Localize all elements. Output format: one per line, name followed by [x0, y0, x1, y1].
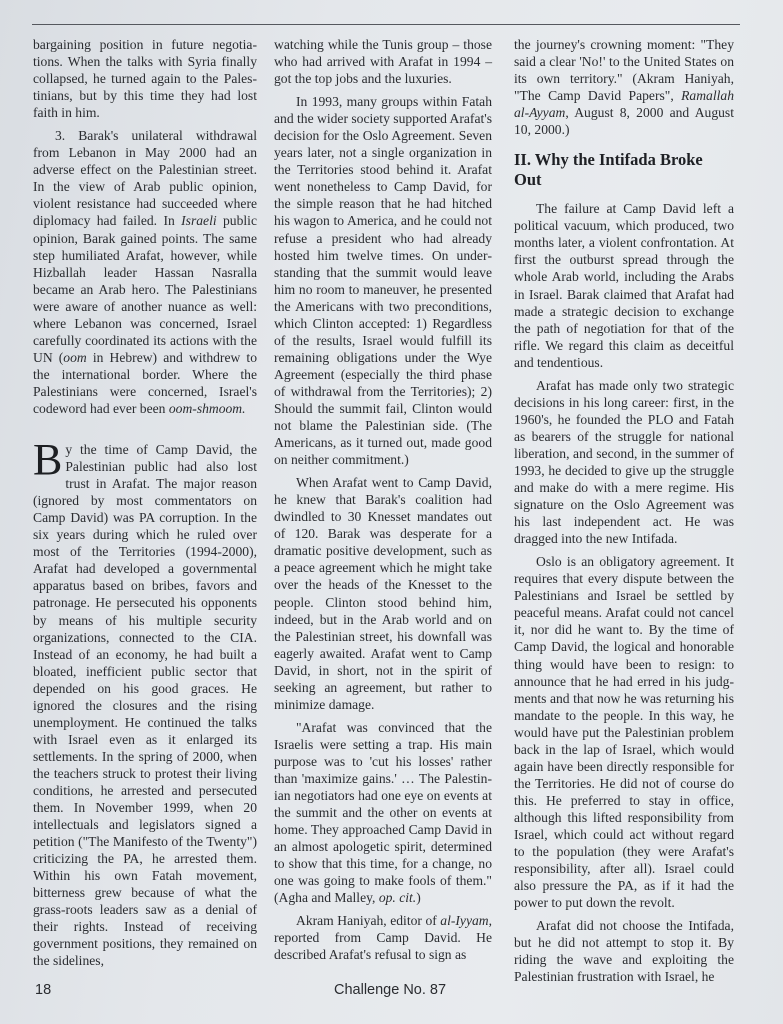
paragraph: watching while the Tunis group – those w…: [274, 36, 492, 87]
italic-term: al-Iyyam: [440, 913, 488, 928]
paragraph-text: Arafat has made only two strategic decis…: [514, 378, 734, 546]
paragraph-text: watching while the Tunis group – those w…: [274, 37, 492, 86]
column-left: bargaining position in future negotia­ti…: [33, 36, 257, 975]
column-right: the journey's crowning moment: "They sai…: [514, 36, 734, 991]
paragraph-text: When Arafat went to Camp David, he knew …: [274, 475, 492, 712]
paragraph-text: Oslo is an obligatory agreement. It requ…: [514, 554, 734, 910]
section-heading: II. Why the Intifada Broke Out: [514, 150, 734, 190]
paragraph-text: In 1993, many groups within Fatah and th…: [274, 94, 492, 467]
paragraph: the journey's crowning moment: "They sai…: [514, 36, 734, 138]
paragraph: bargaining position in future negotia­ti…: [33, 36, 257, 121]
page-number: 18: [35, 982, 51, 998]
paragraph: 3. Barak's unilateral withdrawal from Le…: [33, 127, 257, 417]
paragraph-text: y the time of Camp David, the Palestinia…: [33, 442, 257, 968]
italic-term: op. cit.: [379, 890, 416, 905]
paragraph-text: Arafat did not choose the Intifada, but …: [514, 918, 734, 984]
italic-term: oom-shmoom.: [169, 401, 246, 416]
italic-term: oom: [63, 350, 86, 365]
paragraph-text: Akram Haniyah, editor of: [296, 913, 440, 928]
paragraph-text: bargaining position in future negotia­ti…: [33, 37, 257, 120]
paragraph-dropcap: By the time of Camp David, the Palestini…: [33, 441, 257, 969]
publication-footer: Challenge No. 87: [334, 982, 446, 998]
paragraph: Oslo is an obligatory agreement. It requ…: [514, 553, 734, 911]
paragraph: Arafat has made only two strategic decis…: [514, 377, 734, 547]
drop-cap: B: [33, 443, 62, 477]
paragraph-text: "Arafat was convinced that the Israelis …: [274, 720, 492, 905]
paragraph: In 1993, many groups within Fatah and th…: [274, 93, 492, 468]
paragraph-text: The failure at Camp David left a politic…: [514, 201, 734, 369]
header-rule: [32, 24, 740, 25]
paragraph-text: public opin­ion, Barak gained points. Th…: [33, 213, 257, 364]
italic-term: Israeli: [181, 213, 217, 228]
paragraph: When Arafat went to Camp David, he knew …: [274, 474, 492, 713]
paragraph: The failure at Camp David left a politic…: [514, 200, 734, 370]
quote-paragraph: "Arafat was convinced that the Israelis …: [274, 719, 492, 907]
column-middle: watching while the Tunis group – those w…: [274, 36, 492, 969]
paragraph: Arafat did not choose the Intifada, but …: [514, 917, 734, 985]
paragraph-text: ): [416, 890, 421, 905]
paragraph: Akram Haniyah, editor of al-Iyyam, repor…: [274, 912, 492, 963]
